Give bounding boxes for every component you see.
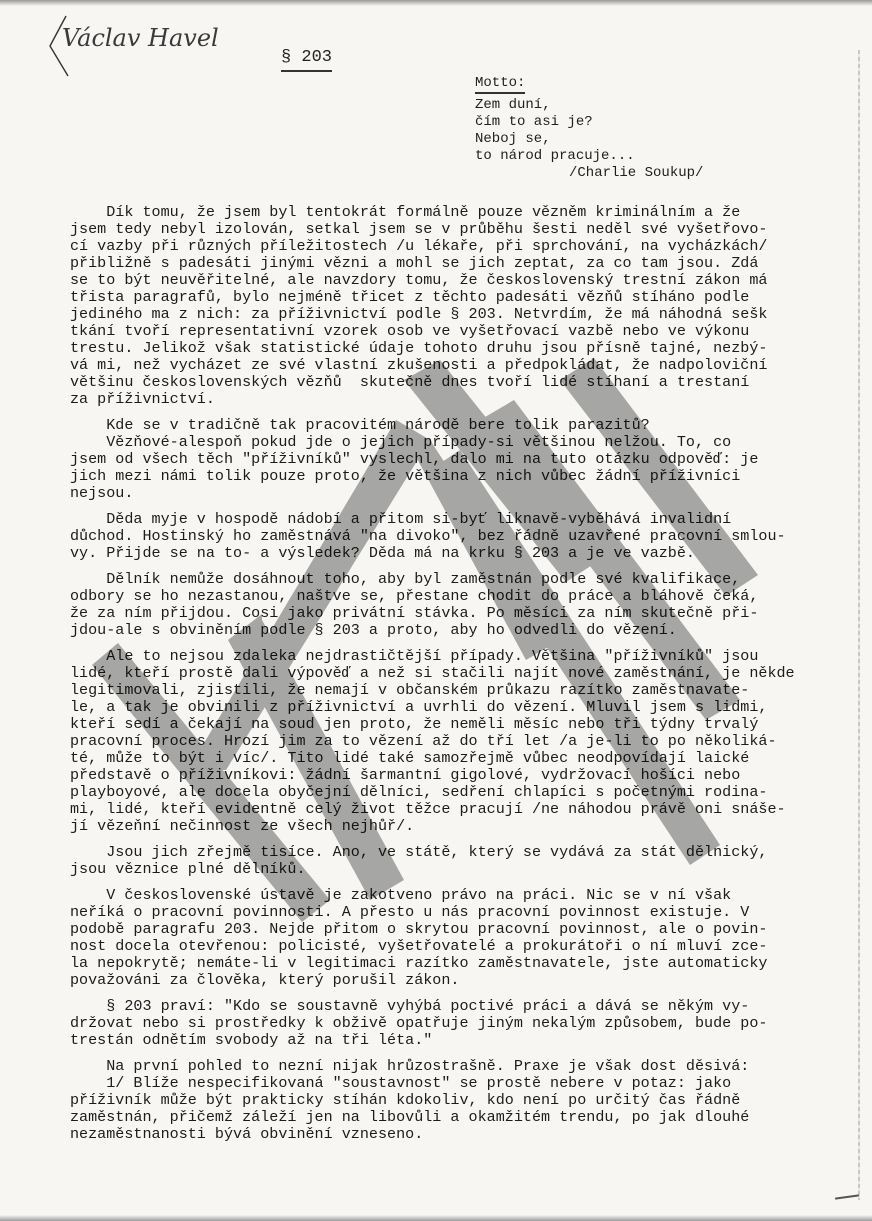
text-line: § 203 praví: "Kdo se soustavně vyhýbá po… bbox=[70, 998, 860, 1015]
text-line: playboyové, ale docela obyčejní dělníci,… bbox=[70, 784, 860, 801]
text-line: příživník může být prakticky stíhán kdok… bbox=[70, 1092, 860, 1109]
text-line: Kde se v tradičně tak pracovitém národě … bbox=[70, 417, 860, 434]
text-line: jsem od všech těch "příživníků" vyslechl… bbox=[70, 451, 860, 468]
document-page: Václav Havel § 203 Motto: Zem duní, čím … bbox=[0, 0, 872, 1221]
text-line: přibližně s padesáti jinými vězni a mohl… bbox=[70, 255, 860, 272]
paragraph: Dělník nemůže dosáhnout toho, aby byl za… bbox=[70, 571, 860, 639]
text-line: jsou věznice plné dělníků. bbox=[70, 861, 860, 878]
text-line: kteří sedí a čekají na soud jen proto, ž… bbox=[70, 716, 860, 733]
text-line: jich mezi námi tolik pouze proto, že vět… bbox=[70, 468, 860, 485]
text-line: Dík tomu, že jsem byl tentokrát formálně… bbox=[70, 204, 860, 221]
page-corner-mark bbox=[835, 1194, 859, 1199]
paragraph: Kde se v tradičně tak pracovitém národě … bbox=[70, 417, 860, 502]
text-line: důchod. Hostinský ho zaměstnává "na divo… bbox=[70, 528, 860, 545]
text-line: Vězňové-alespoň pokud jde o jejich přípa… bbox=[70, 434, 860, 451]
motto-heading: Motto: bbox=[475, 75, 525, 94]
text-line: že za ním přijdou. Cosi jako privátní st… bbox=[70, 605, 860, 622]
text-line: podobě paragrafu 203. Nejde přitom o skr… bbox=[70, 921, 860, 938]
text-line: jdou-ale s obviněním podle § 203 a proto… bbox=[70, 622, 860, 639]
text-line: za příživnictví. bbox=[70, 391, 860, 408]
text-line: odbory se ho nezastanou, naštve se, přes… bbox=[70, 588, 860, 605]
text-line: držovat nebo si prostředky k obživě opat… bbox=[70, 1015, 860, 1032]
motto-attribution: /Charlie Soukup/ bbox=[475, 165, 703, 182]
paragraph: Dík tomu, že jsem byl tentokrát formálně… bbox=[70, 204, 860, 408]
paragraph: § 203 praví: "Kdo se soustavně vyhýbá po… bbox=[70, 998, 860, 1049]
text-line: třista paragrafů, bylo nejméně třicet z … bbox=[70, 289, 860, 306]
text-line: pracovní proces. Hrozí jim za to vězení … bbox=[70, 733, 860, 750]
paragraph: Na první pohled to nezní nijak hrůzostra… bbox=[70, 1058, 860, 1143]
paragraph: Jsou jich zřejmě tisíce. Ano, ve státě, … bbox=[70, 844, 860, 878]
text-line: Dělník nemůže dosáhnout toho, aby byl za… bbox=[70, 571, 860, 588]
text-line: Jsou jich zřejmě tisíce. Ano, ve státě, … bbox=[70, 844, 860, 861]
text-line: Děda myje v hospodě nádobí a přitom si-b… bbox=[70, 511, 860, 528]
text-line: nejsou. bbox=[70, 485, 860, 502]
text-line: jsem tedy nebyl izolován, setkal jsem se… bbox=[70, 221, 860, 238]
paragraph: Děda myje v hospodě nádobí a přitom si-b… bbox=[70, 511, 860, 562]
text-line: trestu. Jelikož však statistické údaje t… bbox=[70, 340, 860, 357]
text-line: Na první pohled to nezní nijak hrůzostra… bbox=[70, 1058, 860, 1075]
text-line: 1/ Blíže nespecifikovaná "soustavnost" s… bbox=[70, 1075, 860, 1092]
text-line: zaměstnán, přičemž záleží jen na libovůl… bbox=[70, 1109, 860, 1126]
text-line: trestán odnětím svobody až na tři léta." bbox=[70, 1032, 860, 1049]
text-line: jí vězeňní nečinnost ze všech nejhůř/. bbox=[70, 818, 860, 835]
text-line: Ale to nejsou zdaleka nejdrastičtější př… bbox=[70, 648, 860, 665]
text-line: neříká o pracovní povinnosti. A přesto u… bbox=[70, 904, 860, 921]
text-line: se to být neuvěřitelné, ale navzdory tom… bbox=[70, 272, 860, 289]
text-line: tkání tvoří representativní vzorek osob … bbox=[70, 323, 860, 340]
motto-block: Motto: Zem duní, čím to asi je? Neboj se… bbox=[475, 75, 703, 182]
text-line: vy. Přijde se na to- a výsledek? Děda má… bbox=[70, 545, 860, 562]
text-line: la nepokrytě; nemáte-li v legitimaci raz… bbox=[70, 955, 860, 972]
text-line: cí vazby při různých příležitostech /u l… bbox=[70, 238, 860, 255]
text-line: vá mi, než vycházet ze své vlastní zkuše… bbox=[70, 357, 860, 374]
paragraph: V československé ústavě je zakotveno prá… bbox=[70, 887, 860, 989]
text-line: legitimovali, zjistili, že nemají v obča… bbox=[70, 682, 860, 699]
text-line: představě o příživníkovi: žádní šarmantn… bbox=[70, 767, 860, 784]
motto-line: Zem duní, bbox=[475, 97, 703, 114]
text-line: le, a tak je obvinili z příživnictví a u… bbox=[70, 699, 860, 716]
document-title: § 203 bbox=[281, 48, 332, 72]
text-line: nost docela otevřenou: policisté, vyšetř… bbox=[70, 938, 860, 955]
text-line: považováni za člověka, který porušil zák… bbox=[70, 972, 860, 989]
text-line: lidé, kteří prostě dali výpověď a než si… bbox=[70, 665, 860, 682]
text-line: jediného ma z nich: za příživnictví podl… bbox=[70, 306, 860, 323]
motto-line: to národ pracuje... bbox=[475, 148, 703, 165]
text-line: nezaměstnanosti bývá obvinění vzneseno. bbox=[70, 1126, 860, 1143]
motto-line: Neboj se, bbox=[475, 131, 703, 148]
text-line: většinu československých vězňů skutečně … bbox=[70, 374, 860, 391]
text-line: té, může to být i víc/. Tito lidé také s… bbox=[70, 750, 860, 767]
handwritten-signature: Václav Havel bbox=[62, 24, 219, 52]
motto-line: čím to asi je? bbox=[475, 114, 703, 131]
text-line: V československé ústavě je zakotveno prá… bbox=[70, 887, 860, 904]
text-line: mi, lidé, kteří evidentně celý život těž… bbox=[70, 801, 860, 818]
document-body: Dík tomu, že jsem byl tentokrát formálně… bbox=[70, 204, 860, 1152]
paragraph: Ale to nejsou zdaleka nejdrastičtější př… bbox=[70, 648, 860, 835]
